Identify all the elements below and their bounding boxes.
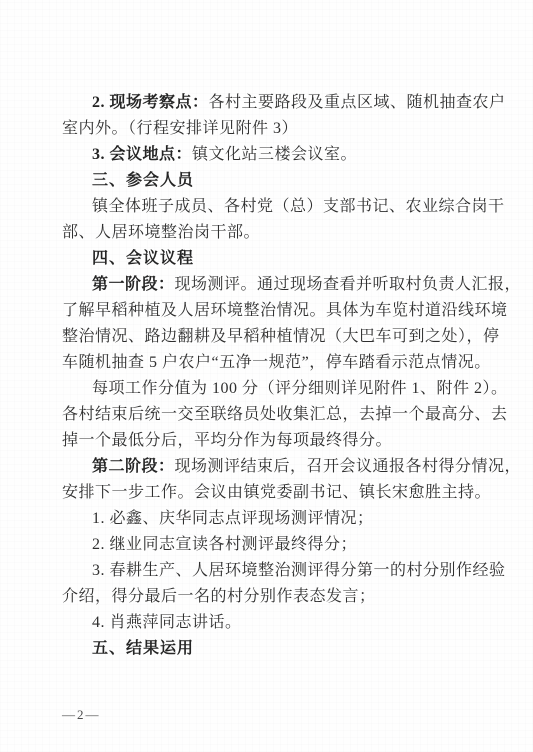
page-number: —2— (62, 707, 101, 722)
bold-run: 第一阶段： (92, 276, 175, 293)
text-run: 掉一个最低分后，平均分作为每项最终得分。 (62, 432, 392, 449)
text-line: 1. 必鑫、庆华同志点评现场测评情况； (62, 506, 474, 532)
text-line: 镇全体班子成员、各村党（总）支部书记、农业综合岗干 (62, 194, 474, 220)
text-run: 3. 春耕生产、人居环境整治测评得分第一的村分别作经验 (92, 562, 506, 579)
bold-run: 四、会议议程 (92, 250, 194, 267)
text-run: 4. 肖燕萍同志讲话。 (92, 614, 242, 631)
text-run: 现场测评。通过现场查看并听取村负责人汇报， (175, 276, 522, 293)
text-run: 车随机抽查 5 户农户“五净一规范”，停车踏看示范点情况。 (62, 354, 491, 371)
text-line: 车随机抽查 5 户农户“五净一规范”，停车踏看示范点情况。 (62, 350, 474, 376)
text-line: 掉一个最低分后，平均分作为每项最终得分。 (62, 428, 474, 454)
text-line: 2. 继业同志宣读各村测评最终得分； (62, 532, 474, 558)
text-line: 安排下一步工作。会议由镇党委副书记、镇长宋愈胜主持。 (62, 480, 474, 506)
text-run: 各村结束后统一交至联络员处收集汇总，去掉一个最高分、去 (62, 406, 508, 423)
text-run: 安排下一步工作。会议由镇党委副书记、镇长宋愈胜主持。 (62, 484, 491, 501)
text-run: 每项工作分值为 100 分（评分细则详见附件 1、附件 2）。 (92, 380, 508, 397)
text-run: 了解早稻种植及人居环境整治情况。具体为车览村道沿线环境 (62, 302, 508, 319)
bold-run: 2. 现场考察点： (92, 94, 209, 111)
text-line: 了解早稻种植及人居环境整治情况。具体为车览村道沿线环境 (62, 298, 474, 324)
bold-run: 第二阶段： (92, 458, 175, 475)
bold-run: 3. 会议地点： (92, 146, 192, 163)
text-run: 镇全体班子成员、各村党（总）支部书记、农业综合岗干 (92, 198, 505, 215)
text-line: 介绍，得分最后一名的村分别作表态发言； (62, 584, 474, 610)
section-heading: 五、结果运用 (62, 636, 474, 662)
document-page: 2. 现场考察点：各村主要路段及重点区域、随机抽查农户室内外。（行程安排详见附件… (0, 0, 533, 752)
page-footer: —2— (62, 706, 101, 724)
text-line: 4. 肖燕萍同志讲话。 (62, 610, 474, 636)
section-heading: 四、会议议程 (62, 246, 474, 272)
text-line: 第一阶段：现场测评。通过现场查看并听取村负责人汇报， (62, 272, 474, 298)
bold-run: 五、结果运用 (92, 640, 194, 657)
text-run: 介绍，得分最后一名的村分别作表态发言； (62, 588, 376, 605)
section-heading: 三、参会人员 (62, 168, 474, 194)
text-run: 1. 必鑫、庆华同志点评现场测评情况； (92, 510, 374, 527)
bold-run: 三、参会人员 (92, 172, 194, 189)
text-run: 整治情况、路边翻耕及早稻种植情况（大巴车可到之处），停 (62, 328, 500, 345)
text-run: 镇文化站三楼会议室。 (192, 146, 357, 163)
text-line: 整治情况、路边翻耕及早稻种植情况（大巴车可到之处），停 (62, 324, 474, 350)
text-run: 2. 继业同志宣读各村测评最终得分； (92, 536, 357, 553)
text-line: 2. 现场考察点：各村主要路段及重点区域、随机抽查农户 (62, 90, 474, 116)
text-line: 室内外。（行程安排详见附件 3） (62, 116, 474, 142)
text-run: 各村主要路段及重点区域、随机抽查农户 (209, 94, 506, 111)
text-line: 第二阶段：现场测评结束后，召开会议通报各村得分情况， (62, 454, 474, 480)
text-run: 现场测评结束后，召开会议通报各村得分情况， (175, 458, 522, 475)
text-line: 3. 春耕生产、人居环境整治测评得分第一的村分别作经验 (62, 558, 474, 584)
text-run: 室内外。（行程安排详见附件 3） (62, 120, 298, 137)
text-line: 各村结束后统一交至联络员处收集汇总，去掉一个最高分、去 (62, 402, 474, 428)
text-line: 部、人居环境整治岗干部。 (62, 220, 474, 246)
document-body: 2. 现场考察点：各村主要路段及重点区域、随机抽查农户室内外。（行程安排详见附件… (62, 90, 474, 662)
text-line: 每项工作分值为 100 分（评分细则详见附件 1、附件 2）。 (62, 376, 474, 402)
text-line: 3. 会议地点：镇文化站三楼会议室。 (62, 142, 474, 168)
text-run: 部、人居环境整治岗干部。 (62, 224, 260, 241)
